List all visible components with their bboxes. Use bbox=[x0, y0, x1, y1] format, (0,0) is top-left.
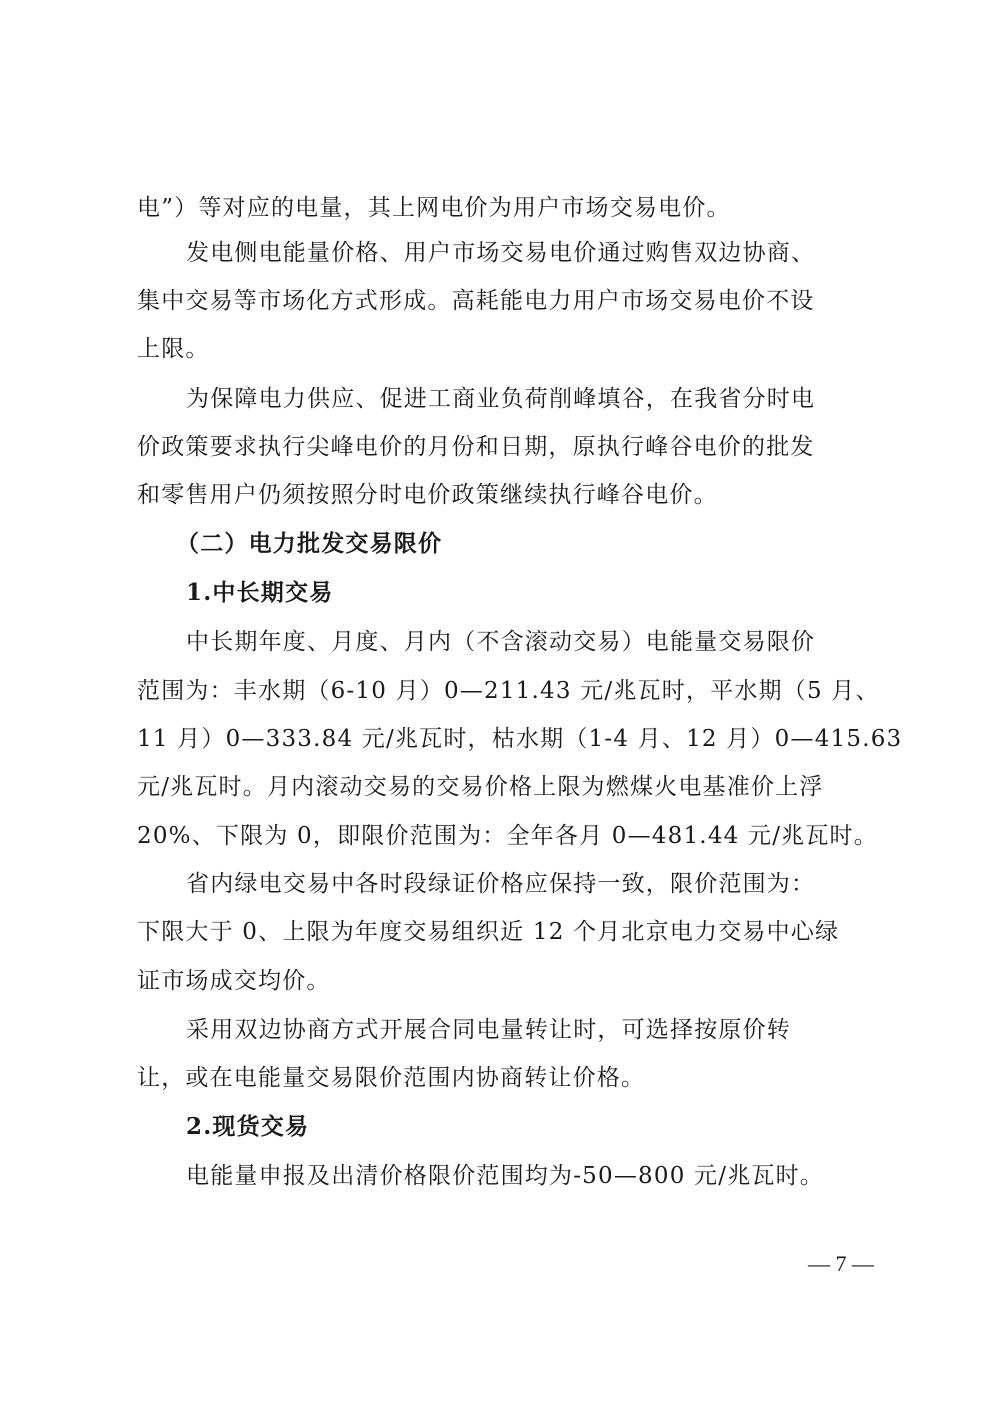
paragraph-line: 元/兆瓦时。月内滚动交易的交易价格上限为燃煤火电基准价上浮 bbox=[137, 772, 877, 802]
paragraph-line: 和零售用户仍须按照分时电价政策继续执行峰谷电价。 bbox=[137, 480, 877, 510]
paragraph-line: 11 月）0—333.84 元/兆瓦时，枯水期（1-4 月、12 月）0—415… bbox=[137, 724, 877, 754]
paragraph-line: 为保障电力供应、促进工商业负荷削峰填谷，在我省分时电 bbox=[186, 384, 926, 414]
page-number: — 7 — bbox=[808, 1251, 874, 1277]
paragraph-line: 电”）等对应的电量，其上网电价为用户市场交易电价。 bbox=[137, 193, 877, 223]
subsection-heading: 1.中长期交易 bbox=[186, 578, 926, 608]
paragraph-line: 省内绿电交易中各时段绿证价格应保持一致，限价范围为： bbox=[186, 869, 926, 899]
subsection-heading: 2.现货交易 bbox=[186, 1112, 926, 1142]
paragraph-line: 范围为：丰水期（6-10 月）0—211.43 元/兆瓦时，平水期（5 月、 bbox=[137, 676, 877, 706]
paragraph-line: 电能量申报及出清价格限价范围均为-50—800 元/兆瓦时。 bbox=[186, 1161, 926, 1191]
section-heading: （二）电力批发交易限价 bbox=[176, 529, 916, 559]
paragraph-line: 集中交易等市场化方式形成。高耗能电力用户市场交易电价不设 bbox=[137, 286, 877, 316]
paragraph-line: 价政策要求执行尖峰电价的月份和日期，原执行峰谷电价的批发 bbox=[137, 432, 877, 462]
paragraph-line: 中长期年度、月度、月内（不含滚动交易）电能量交易限价 bbox=[186, 627, 926, 657]
document-page: 电”）等对应的电量，其上网电价为用户市场交易电价。 发电侧电能量价格、用户市场交… bbox=[0, 0, 1000, 1414]
paragraph-line: 下限大于 0、上限为年度交易组织近 12 个月北京电力交易中心绿 bbox=[137, 917, 877, 947]
paragraph-line: 证市场成交均价。 bbox=[137, 966, 877, 996]
paragraph-line: 20%、下限为 0，即限价范围为：全年各月 0—481.44 元/兆瓦时。 bbox=[137, 821, 877, 851]
paragraph-line: 采用双边协商方式开展合同电量转让时，可选择按原价转 bbox=[186, 1015, 926, 1045]
paragraph-line: 发电侧电能量价格、用户市场交易电价通过购售双边协商、 bbox=[186, 238, 926, 268]
paragraph-line: 让，或在电能量交易限价范围内协商转让价格。 bbox=[137, 1063, 877, 1093]
paragraph-line: 上限。 bbox=[137, 334, 877, 364]
